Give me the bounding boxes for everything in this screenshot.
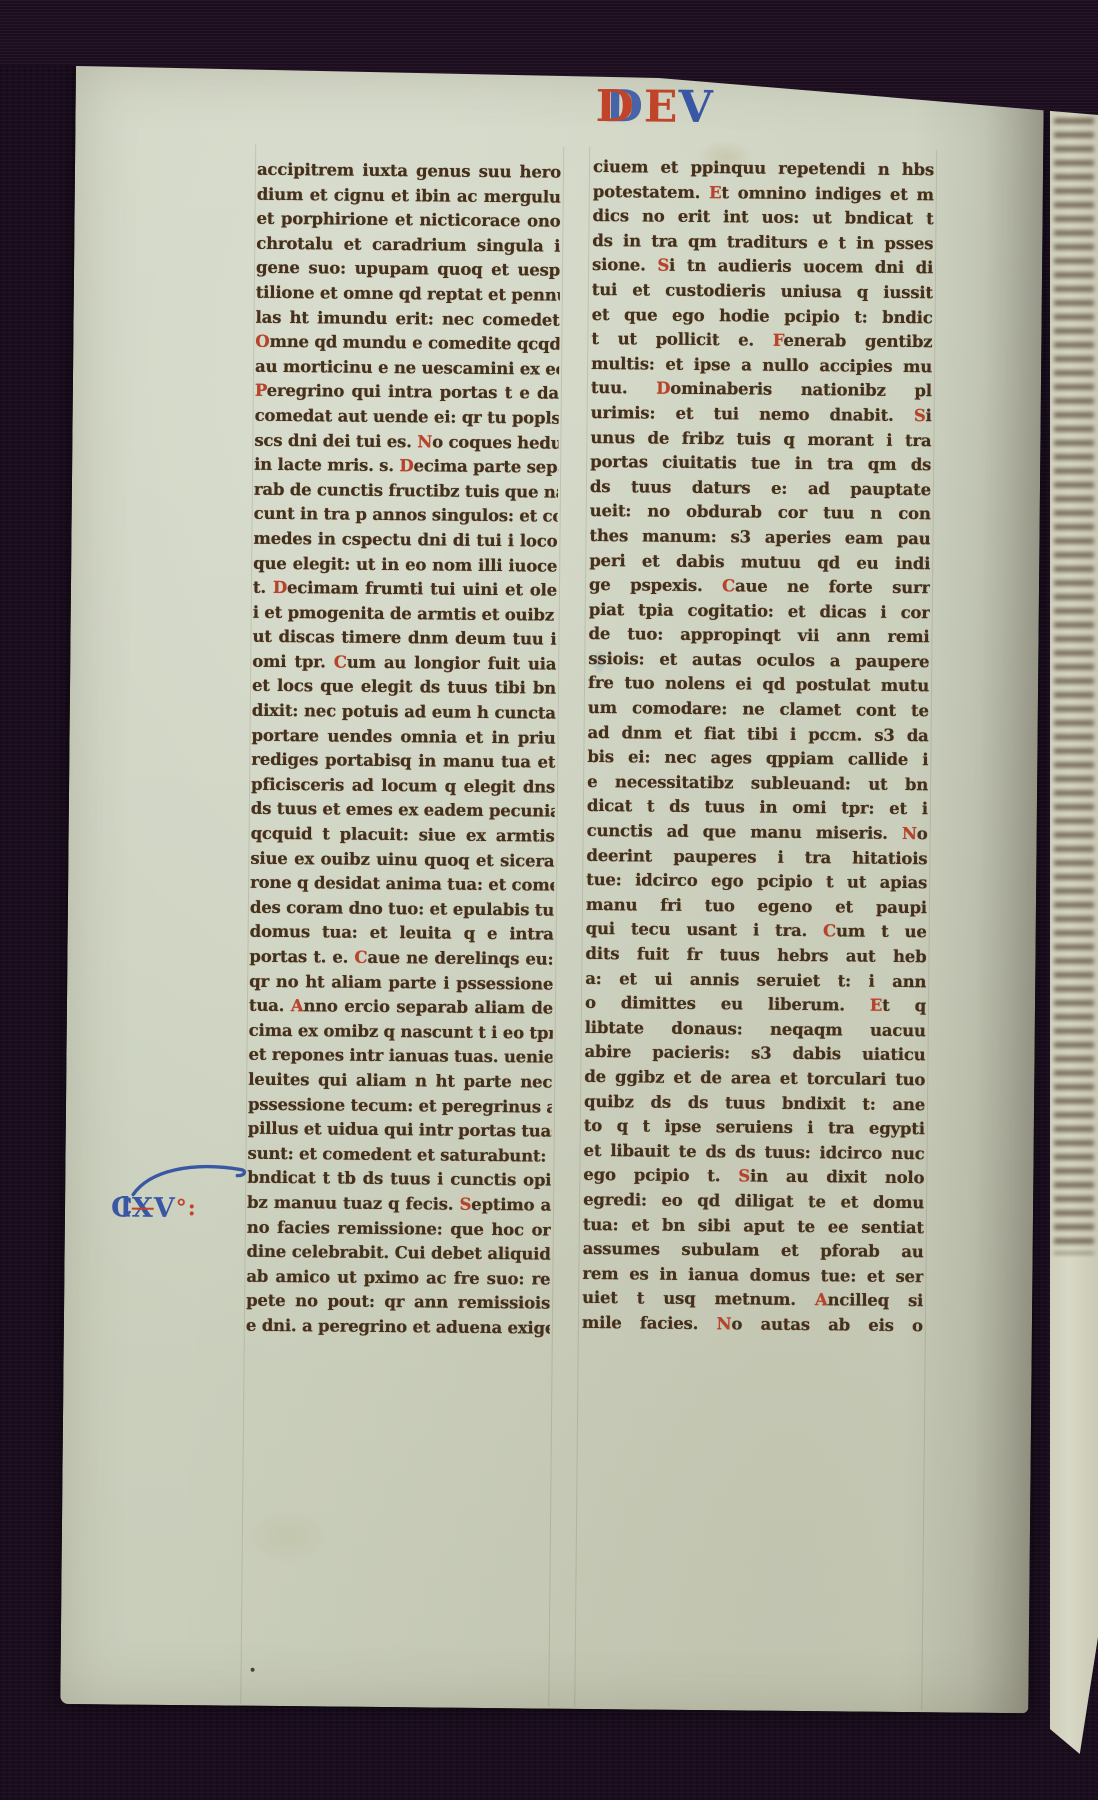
manuscript-line: et libauit te ds ds tuus: idcirco nuc xyxy=(583,1139,924,1167)
line-text: cima ex omibz q nascunt t i eo tpr xyxy=(249,1020,553,1042)
line-text: ominaberis nationibz pl xyxy=(670,379,932,401)
line-text: pficisceris ad locum q elegit dns xyxy=(251,775,555,797)
manuscript-line: ciuem et ppinquu repetendi n hbs xyxy=(593,155,934,183)
line-text: au morticinu e ne uescamini ex eo xyxy=(255,356,559,378)
line-text: de ggibz et de area et torculari tuo xyxy=(584,1067,925,1089)
line-text: ecima parte sepa xyxy=(413,456,558,476)
line-text: eptimo a xyxy=(471,1195,551,1215)
line-text: dits fuit fr tuus hebrs aut heb xyxy=(585,944,926,966)
line-text: e dni. a peregrino et aduena exige xyxy=(246,1316,550,1338)
line-text: in lacte mris. s. xyxy=(254,455,399,475)
manuscript-line: pete no pout: qr ann remissiois xyxy=(246,1289,550,1317)
manuscript-line: chrotalu et caradrium singula i xyxy=(256,232,560,260)
chapter-marker: ClXV°: xyxy=(111,1192,197,1224)
manuscript-line: quibz ds ds tuus bndixit t: ane xyxy=(584,1089,925,1117)
line-text: eregrino qui intra portas t e da xyxy=(267,381,559,403)
manuscript-line: mile facies. No autas ab eis o xyxy=(582,1311,923,1339)
line-text: ecimam frumti tui uini et ole xyxy=(287,578,557,600)
manuscript-line: abire pacieris: s3 dabis uiaticu xyxy=(584,1040,925,1068)
line-text: rone q desidat anima tua: et come xyxy=(250,873,554,895)
line-text: ego pcipio t. xyxy=(583,1165,738,1185)
rubricated-initial: S xyxy=(738,1167,750,1186)
parchment-page: DDEV accipitrem iuxta genus suu herodium… xyxy=(60,64,1044,1713)
manuscript-line: tilione et omne qd reptat et pennu xyxy=(256,281,560,309)
title-letter: E xyxy=(644,81,679,132)
line-text: qcquid t placuit: siue ex armtis xyxy=(251,824,555,846)
line-text: ds in tra qm traditurs e t in psses xyxy=(592,231,933,253)
manuscript-line: au morticinu e ne uescamini ex eo xyxy=(255,354,559,382)
text-column-left: accipitrem iuxta genus suu herodium et c… xyxy=(246,158,561,1341)
manuscript-line: et porphirione et nicticorace ono xyxy=(256,207,560,235)
manuscript-line: e necessitatibz subleuand: ut bn xyxy=(587,770,928,798)
manuscript-line: i et pmogenita de armtis et ouibz t. xyxy=(253,600,557,628)
photo-frame: DDEV accipitrem iuxta genus suu herodium… xyxy=(0,0,1098,1800)
line-text: no facies remissione: que hoc or xyxy=(247,1217,551,1239)
manuscript-line: t. Decimam frumti tui uini et ole xyxy=(253,576,557,604)
line-text: enerab gentibz xyxy=(783,331,932,351)
manuscript-line: domus tua: et leuita q e intra xyxy=(250,920,554,948)
line-text: tua. xyxy=(249,996,291,1015)
manuscript-line: to q t ipse seruiens i tra egypti xyxy=(584,1114,925,1142)
line-text: tuu. xyxy=(591,378,656,398)
line-text: urimis: et tui nemo dnabit. xyxy=(591,403,914,425)
line-text: um au longior fuit uia xyxy=(347,653,557,674)
rubricated-initial: N xyxy=(716,1314,731,1333)
manuscript-line: omi tpr. Cum au longior fuit uia xyxy=(252,650,556,678)
line-text: multis: et ipse a nullo accipies mu xyxy=(591,354,932,376)
manuscript-line: dixit: nec potuis ad eum h cuncta xyxy=(252,699,556,727)
line-text: cunt in tra p annos singulos: et co xyxy=(254,504,558,526)
line-text: dium et cignu et ibin ac mergulu xyxy=(257,184,561,206)
line-text: egredi: eo qd diligat te et domu xyxy=(583,1190,924,1212)
line-text: abire pacieris: s3 dabis uiaticu xyxy=(584,1042,925,1064)
rubricated-initial: N xyxy=(417,432,432,451)
line-text: ut discas timere dnm deum tuu i xyxy=(252,627,556,649)
manuscript-line: cunt in tra p annos singulos: et co xyxy=(254,502,558,530)
manuscript-line: o dimittes eu liberum. Et q xyxy=(585,991,926,1019)
line-text: rem es in ianua domus tue: et ser xyxy=(582,1264,923,1286)
title-letter: V xyxy=(678,82,714,133)
rubricated-initial: D xyxy=(656,379,670,398)
manuscript-line: bis ei: nec ages qppiam callide i xyxy=(587,745,928,773)
manuscript-line: portas t. e. Caue ne derelinqs eu: xyxy=(249,945,553,973)
line-text: um comodare: ne clamet cont te xyxy=(588,698,929,720)
line-text: et repones intr ianuas tuas. ueniet q xyxy=(248,1045,552,1067)
manuscript-line: fre tuo nolens ei qd postulat mutu xyxy=(588,671,929,699)
manuscript-line: potestatem. Et omnino indiges et m xyxy=(593,180,934,208)
chapter-punctuation: °: xyxy=(176,1195,197,1221)
manuscript-line: portare uendes omnia et in priu xyxy=(251,723,555,751)
line-text: ciuem et ppinquu repetendi n hbs xyxy=(593,157,934,179)
running-title: DDEV xyxy=(595,83,713,136)
manuscript-line: dits fuit fr tuus hebrs aut heb xyxy=(585,942,926,970)
line-text: dixit: nec potuis ad eum h cuncta xyxy=(252,701,556,723)
text-column-right: ciuem et ppinquu repetendi n hbspotestat… xyxy=(582,155,934,1339)
manuscript-line: t ut pollicit e. Fenerab gentibz xyxy=(591,327,932,355)
line-text: dics no erit int uos: ut bndicat t xyxy=(592,206,933,228)
line-text: ad dnm et fiat tibi i pccm. s3 da xyxy=(588,723,929,745)
facing-page-text-blur xyxy=(1054,104,1094,1254)
line-text: manu fri tuo egeno et paupi xyxy=(586,895,927,917)
line-text: rediges portabisq in manu tua et xyxy=(251,750,555,772)
line-text: mne qd mundu e comedite qcqd xyxy=(269,332,559,354)
manuscript-line: a: et ui annis seruiet t: i ann xyxy=(585,967,926,995)
manuscript-line: ge pspexis. Caue ne forte surr xyxy=(589,573,930,601)
line-text: que elegit: ut in eo nom illi iuoce xyxy=(253,553,557,575)
line-text: peri et dabis mutuu qd eu indi xyxy=(589,550,930,572)
line-text: i et pmogenita de armtis et ouibz t. xyxy=(253,602,557,624)
line-text: scs dni dei tui es. xyxy=(254,430,417,451)
line-text: qr no ht aliam parte i pssessione xyxy=(249,971,553,993)
manuscript-line: las ht imundu erit: nec comedet xyxy=(255,305,559,333)
manuscript-line: medes in cspectu dni di tui i loco xyxy=(253,527,557,555)
line-text: tua: et bn sibi aput te ee sentiat xyxy=(583,1214,924,1236)
manuscript-line: um comodare: ne clamet cont te xyxy=(588,696,929,724)
line-text: t. xyxy=(253,578,273,597)
manuscript-line: et locs que elegit ds tuus tibi bn xyxy=(252,674,556,702)
manuscript-line: deerint pauperes i tra hitatiois xyxy=(586,844,927,872)
rubricated-initial: O xyxy=(255,332,269,351)
line-text: fre tuo nolens ei qd postulat mutu xyxy=(588,673,929,695)
manuscript-line: egredi: eo qd diligat te et domu xyxy=(583,1188,924,1216)
manuscript-line: siue ex ouibz uinu quoq et sicera xyxy=(250,846,554,874)
line-text: de tuo: appropinqt vii ann remi xyxy=(588,624,929,646)
manuscript-line: urimis: et tui nemo dnabit. Si xyxy=(591,401,932,429)
line-text: domus tua: et leuita q e intra xyxy=(250,922,554,944)
manuscript-line: tua: et bn sibi aput te ee sentiat xyxy=(583,1212,924,1240)
manuscript-line: scs dni dei tui es. No coques hedu xyxy=(254,428,558,456)
manuscript-line: comedat aut uende ei: qr tu popls xyxy=(255,404,559,432)
line-text: t omnino indiges et m xyxy=(721,183,934,204)
manuscript-line: portas ciuitatis tue in tra qm ds xyxy=(590,450,931,478)
manuscript-line: piat tpia cogitatio: et dicas i cor xyxy=(589,598,930,626)
rubricated-initial: P xyxy=(255,381,267,400)
title-letter: D xyxy=(595,81,635,132)
rubricated-initial: D xyxy=(273,578,287,597)
manuscript-line: qcquid t placuit: siue ex armtis xyxy=(250,822,554,850)
line-text: des coram dno tuo: et epulabis tu et xyxy=(250,898,554,920)
line-text: ueit: no obdurab cor tuu n con xyxy=(590,501,931,523)
manuscript-line: tua. Anno ercio separab aliam de xyxy=(249,994,553,1022)
line-text: uiet t usq metnum. xyxy=(582,1288,815,1309)
manuscript-line: ds tuus daturs e: ad pauptate xyxy=(590,475,931,503)
manuscript-line: manu fri tuo egeno et paupi xyxy=(586,893,927,921)
manuscript-line: e dni. a peregrino et aduena exige xyxy=(246,1314,550,1342)
rubricated-initial: E xyxy=(709,183,722,202)
line-text: portare uendes omnia et in priu xyxy=(251,725,555,747)
chapter-numeral-v: V xyxy=(154,1193,176,1224)
line-text: leuites qui aliam n ht parte nec xyxy=(248,1070,552,1092)
manuscript-line: sunt: et comedent et saturabunt: ut xyxy=(247,1141,551,1169)
rubricated-initial: F xyxy=(773,331,784,350)
manuscript-line: tuu. Dominaberis nationibz pl xyxy=(591,376,932,404)
line-text: comedat aut uende ei: qr tu popls xyxy=(255,406,559,428)
line-text: ssiois: et autas oculos a paupere xyxy=(588,649,929,671)
line-text: bz manuu tuaz q fecis. xyxy=(247,1193,460,1214)
manuscript-line: ds in tra qm traditurs e t in psses xyxy=(592,229,933,257)
line-text: sione. xyxy=(592,255,657,275)
manuscript-line: accipitrem iuxta genus suu hero xyxy=(257,158,561,186)
line-text: in au dixit nolo xyxy=(750,1167,924,1188)
manuscript-line: dine celebrabit. Cui debet aliquid xyxy=(246,1240,550,1268)
line-text: et libauit te ds ds tuus: idcirco nuc xyxy=(584,1141,925,1163)
manuscript-line: ad dnm et fiat tibi i pccm. s3 da xyxy=(587,721,928,749)
manuscript-line: Omne qd mundu e comedite qcqd xyxy=(255,330,559,358)
line-text: aue ne forte surr xyxy=(735,576,930,597)
rubricated-initial: C xyxy=(354,948,367,967)
manuscript-line: et repones intr ianuas tuas. ueniet q xyxy=(248,1043,552,1071)
manuscript-line: dicat t ds tuus in omi tpr: et i xyxy=(587,794,928,822)
manuscript-line: bndicat t tb ds tuus i cunctis opi xyxy=(247,1166,551,1194)
manuscript-line: uiet t usq metnum. Ancilleq si xyxy=(582,1286,923,1314)
line-text: i tn audieris uocem dni di xyxy=(669,256,933,278)
manuscript-line: gene suo: upupam quoq et uesp xyxy=(256,256,560,284)
line-text: libtate donaus: neqaqm uacuu xyxy=(585,1018,926,1040)
line-text: dicat t ds tuus in omi tpr: et i xyxy=(587,796,928,818)
line-text: quibz ds ds tuus bndixit t: ane xyxy=(584,1091,925,1113)
manuscript-line: rab de cunctis fructibz tuis que na xyxy=(254,477,558,505)
manuscript-line: in lacte mris. s. Decima parte sepa xyxy=(254,453,558,481)
manuscript-line: bz manuu tuaz q fecis. Septimo a xyxy=(247,1191,551,1219)
manuscript-line: pillus et uidua qui intr portas tuas xyxy=(248,1117,552,1145)
manuscript-line: tui et custodieris uniusa q iussit xyxy=(592,278,933,306)
line-text: pete no pout: qr ann remissiois xyxy=(246,1291,550,1313)
line-text: pssessione tecum: et peregrinus ac pu xyxy=(248,1094,552,1116)
line-text: tui et custodieris uniusa q iussit xyxy=(592,280,933,302)
manuscript-line: ssiois: et autas oculos a paupere xyxy=(588,647,929,675)
rubricated-initial: D xyxy=(399,456,413,475)
manuscript-line: pficisceris ad locum q elegit dns xyxy=(251,773,555,801)
manuscript-line: Peregrino qui intra portas t e da xyxy=(255,379,559,407)
manuscript-line: leuites qui aliam n ht parte nec xyxy=(248,1068,552,1096)
manuscript-line: multis: et ipse a nullo accipies mu xyxy=(591,352,932,380)
line-text: e necessitatibz subleuand: ut bn xyxy=(587,772,928,794)
line-text: bis ei: nec ages qppiam callide i xyxy=(587,747,928,769)
line-text: las ht imundu erit: nec comedet xyxy=(255,307,559,329)
line-text: potestatem. xyxy=(593,182,709,202)
line-text: gene suo: upupam quoq et uesp xyxy=(256,258,560,280)
manuscript-line: rone q desidat anima tua: et come xyxy=(250,871,554,899)
manuscript-line: qui tecu usant i tra. Cum t ue xyxy=(586,917,927,945)
manuscript-line: cunctis ad que manu miseris. No xyxy=(587,819,928,847)
line-text: to q t ipse seruiens i tra egypti xyxy=(584,1116,925,1138)
manuscript-line: ab amico ut pximo ac fre suo: re xyxy=(246,1264,550,1292)
manuscript-line: assumes subulam et pforab au xyxy=(583,1237,924,1265)
manuscript-line: et que ego hodie pcipio t: bndic xyxy=(591,303,932,331)
line-text: nno ercio separab aliam de xyxy=(303,996,553,1017)
line-text: piat tpia cogitatio: et dicas i cor xyxy=(589,600,930,622)
manuscript-line: qr no ht aliam parte i pssessione xyxy=(249,969,553,997)
manuscript-line: de tuo: appropinqt vii ann remi xyxy=(588,622,929,650)
manuscript-line: dics no erit int uos: ut bndicat t xyxy=(592,204,933,232)
line-text: accipitrem iuxta genus suu hero xyxy=(257,160,561,182)
line-text: omi tpr. xyxy=(252,652,334,672)
manuscript-line: que elegit: ut in eo nom illi iuoce xyxy=(253,551,557,579)
rubricated-initial: C xyxy=(334,652,347,671)
line-text: ds tuus daturs e: ad pauptate xyxy=(590,477,931,499)
manuscript-line: ut discas timere dnm deum tuu i xyxy=(252,625,556,653)
line-text: t ut pollicit e. xyxy=(591,329,773,350)
manuscript-line: rem es in ianua domus tue: et ser xyxy=(582,1262,923,1290)
line-text: rab de cunctis fructibz tuis que na xyxy=(254,479,558,501)
rubricated-initial: A xyxy=(815,1290,828,1309)
line-text: cunctis ad que manu miseris. xyxy=(587,821,902,843)
manuscript-line: ego pcipio t. Sin au dixit nolo xyxy=(583,1163,924,1191)
line-text: siue ex ouibz uinu quoq et sicera xyxy=(250,848,554,870)
line-text: bndicat t tb ds tuus i cunctis opi xyxy=(247,1168,551,1190)
stain xyxy=(242,1506,333,1567)
manuscript-line: des coram dno tuo: et epulabis tu et xyxy=(250,896,554,924)
rubricated-initial: A xyxy=(291,996,304,1015)
rubricated-initial: S xyxy=(459,1195,471,1214)
manuscript-line: ueit: no obdurab cor tuu n con xyxy=(590,499,931,527)
line-text: o autas ab eis o xyxy=(731,1314,923,1335)
line-text: o dimittes eu liberum. xyxy=(585,993,870,1015)
manuscript-line: dium et cignu et ibin ac mergulu xyxy=(257,182,561,210)
ink-speck xyxy=(251,1668,255,1672)
line-text: tilione et omne qd reptat et pennu xyxy=(256,283,560,305)
line-text: qui tecu usant i tra. xyxy=(586,919,824,940)
manuscript-line: thes manum: s3 aperies eam pau xyxy=(589,524,930,552)
line-text: et locs que elegit ds tuus tibi bn xyxy=(252,676,556,698)
line-text: ab amico ut pximo ac fre suo: re xyxy=(246,1266,550,1288)
line-text: pillus et uidua qui intr portas tuas xyxy=(248,1119,552,1141)
line-text: o coques hedu xyxy=(432,432,558,452)
gutter-shadow xyxy=(898,72,1044,1713)
rubricated-initial: C xyxy=(722,576,735,595)
manuscript-line: peri et dabis mutuu qd eu indi xyxy=(589,548,930,576)
line-text: portas ciuitatis tue in tra qm ds xyxy=(590,452,931,474)
manuscript-line: ds tuus et emes ex eadem pecunia xyxy=(251,797,555,825)
facing-page-edge xyxy=(1050,86,1098,1754)
line-text: et que ego hodie pcipio t: bndic xyxy=(592,305,933,327)
line-text: aue ne derelinqs eu: xyxy=(367,948,553,969)
manuscript-line: tue: idcirco ego pcipio t ut apias xyxy=(586,868,927,896)
line-text: mile facies. xyxy=(582,1313,717,1333)
line-text: ds tuus et emes ex eadem pecunia xyxy=(251,799,555,821)
rubricated-initial: E xyxy=(870,996,883,1015)
line-text: unus de fribz tuis q morant i tra xyxy=(590,427,931,449)
line-text: sunt: et comedent et saturabunt: ut xyxy=(247,1143,551,1165)
rubricated-initial: C xyxy=(823,922,836,941)
line-text: medes in cspectu dni di tui i loco xyxy=(253,529,557,551)
manuscript-line: no facies remissione: que hoc or xyxy=(247,1215,551,1243)
line-text: tue: idcirco ego pcipio t ut apias xyxy=(586,870,927,892)
line-text: chrotalu et caradrium singula i xyxy=(256,234,560,256)
chapter-numeral-x: X xyxy=(132,1193,154,1224)
line-text: thes manum: s3 aperies eam pau xyxy=(589,526,930,548)
manuscript-line: sione. Si tn audieris uocem dni di xyxy=(592,253,933,281)
manuscript-line: de ggibz et de area et torculari tuo xyxy=(584,1065,925,1093)
manuscript-line: pssessione tecum: et peregrinus ac pu xyxy=(248,1092,552,1120)
manuscript-line: rediges portabisq in manu tua et xyxy=(251,748,555,776)
line-text: assumes subulam et pforab au xyxy=(583,1239,924,1261)
paraph-bar: l xyxy=(120,1192,132,1223)
line-text: et porphirione et nicticorace ono xyxy=(256,209,560,231)
manuscript-line: cima ex omibz q nascunt t i eo tpr xyxy=(249,1018,553,1046)
line-text: dine celebrabit. Cui debet aliquid xyxy=(247,1242,551,1264)
rubricated-initial: S xyxy=(657,256,669,275)
line-text: deerint pauperes i tra hitatiois xyxy=(586,846,927,868)
manuscript-line: unus de fribz tuis q morant i tra xyxy=(590,425,931,453)
line-text: ge pspexis. xyxy=(589,575,722,595)
line-text: portas t. e. xyxy=(249,947,354,967)
manuscript-line: libtate donaus: neqaqm uacuu xyxy=(585,1016,926,1044)
line-text: a: et ui annis seruiet t: i ann xyxy=(585,969,926,991)
